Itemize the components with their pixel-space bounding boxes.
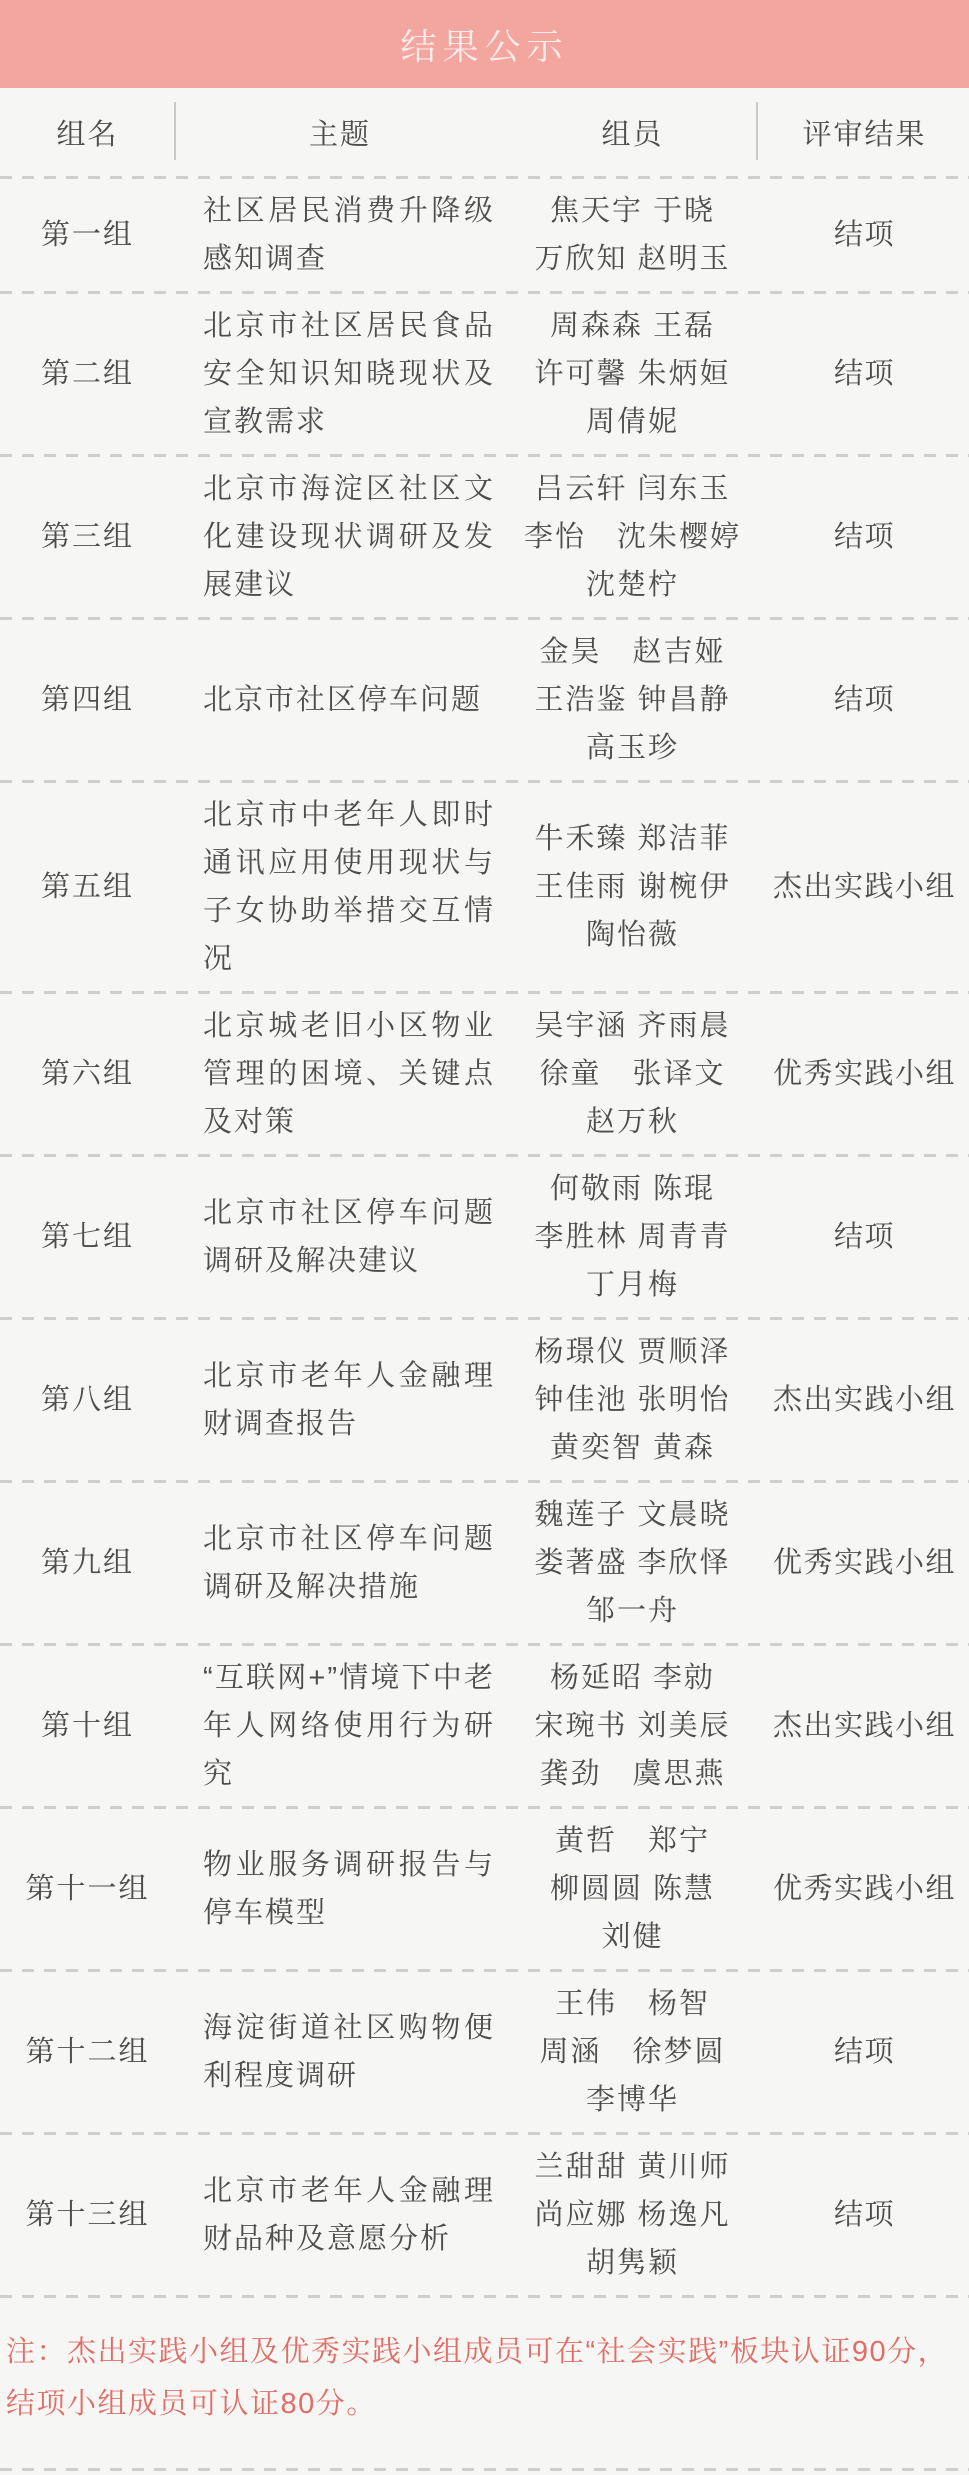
members-cell: 黄哲 郑宁 柳圆圆 陈慧 刘健 (505, 1817, 760, 1961)
results-table: 组名 主题 组员 评审结果 第一组社区居民消费升降级感知调查焦天宇 于晓 万欣知… (0, 88, 969, 2298)
result-cell: 结项 (760, 2191, 969, 2239)
topic-cell: 北京市老年人金融理财品种及意愿分析 (175, 2167, 505, 2263)
column-header-members: 组员 (505, 112, 760, 153)
table-body: 第一组社区居民消费升降级感知调查焦天宇 于晓 万欣知 赵明玉结项第二组北京市社区… (0, 176, 969, 2298)
result-cell: 优秀实践小组 (760, 1050, 969, 1098)
topic-cell: 北京市海淀区社区文化建设现状调研及发展建议 (175, 465, 505, 609)
topic-cell: “互联网+”情境下中老年人网络使用行为研究 (175, 1654, 505, 1798)
table-header-row: 组名 主题 组员 评审结果 (0, 88, 969, 176)
table-row: 第六组北京城老旧小区物业管理的困境、关键点及对策吴宇涵 齐雨晨 徐童 张译文 赵… (0, 994, 969, 1154)
table-row: 第五组北京市中老年人即时通讯应用使用现状与子女协助举措交互情况牛禾臻 郑洁菲 王… (0, 783, 969, 991)
members-cell: 杨璟仪 贾顺泽 钟佳池 张明怡 黄奕智 黄森 (505, 1328, 760, 1472)
group-name-cell: 第十三组 (0, 2191, 175, 2239)
result-cell: 优秀实践小组 (760, 1865, 969, 1913)
group-name-cell: 第十二组 (0, 2028, 175, 2076)
column-header-group-name: 组名 (0, 112, 175, 153)
column-divider (174, 102, 176, 160)
result-cell: 结项 (760, 1213, 969, 1261)
result-cell: 结项 (760, 350, 969, 398)
topic-cell: 北京市社区停车问题 (175, 676, 505, 724)
table-row: 第四组北京市社区停车问题金昊 赵吉娅 王浩鉴 钟昌静 高玉珍结项 (0, 620, 969, 780)
members-cell: 焦天宇 于晓 万欣知 赵明玉 (505, 187, 760, 283)
topic-cell: 海淀街道社区购物便利程度调研 (175, 2004, 505, 2100)
group-name-cell: 第十组 (0, 1702, 175, 1750)
column-header-result: 评审结果 (760, 112, 969, 153)
result-cell: 杰出实践小组 (760, 1376, 969, 1424)
topic-cell: 北京市社区居民食品安全知识知晓现状及宣教需求 (175, 302, 505, 446)
page-title: 结果公示 (400, 19, 568, 70)
group-name-cell: 第三组 (0, 513, 175, 561)
note-text: 注：杰出实践小组及优秀实践小组成员可在“社会实践”板块认证90分，结项小组成员可… (6, 2326, 963, 2430)
column-header-topic: 主题 (175, 112, 505, 153)
topic-cell: 北京市老年人金融理财调查报告 (175, 1352, 505, 1448)
topic-cell: 北京市社区停车问题调研及解决建议 (175, 1189, 505, 1285)
result-cell: 结项 (760, 676, 969, 724)
members-cell: 王伟 杨智 周涵 徐梦圆 李博华 (505, 1980, 760, 2124)
members-cell: 金昊 赵吉娅 王浩鉴 钟昌静 高玉珍 (505, 628, 760, 772)
banner: 结果公示 (0, 0, 969, 88)
members-cell: 杨延昭 李勍 宋琬书 刘美辰 龚劲 虞思燕 (505, 1654, 760, 1798)
table-row: 第七组北京市社区停车问题调研及解决建议何敬雨 陈琨 李胜林 周青青 丁月梅结项 (0, 1157, 969, 1317)
result-cell: 杰出实践小组 (760, 863, 969, 911)
result-cell: 优秀实践小组 (760, 1539, 969, 1587)
members-cell: 何敬雨 陈琨 李胜林 周青青 丁月梅 (505, 1165, 760, 1309)
members-cell: 兰甜甜 黄川师 尚应娜 杨逸凡 胡隽颖 (505, 2143, 760, 2287)
table-row: 第二组北京市社区居民食品安全知识知晓现状及宣教需求周森森 王磊 许可馨 朱炳姮 … (0, 294, 969, 454)
results-announcement-page: 结果公示 组名 主题 组员 评审结果 第一组社区居民消费升降级感知调查焦天宇 于… (0, 0, 969, 2475)
group-name-cell: 第四组 (0, 676, 175, 724)
group-name-cell: 第六组 (0, 1050, 175, 1098)
result-cell: 结项 (760, 211, 969, 259)
group-name-cell: 第二组 (0, 350, 175, 398)
members-cell: 牛禾臻 郑洁菲 王佳雨 谢椀伊 陶怡薇 (505, 815, 760, 959)
topic-cell: 北京市中老年人即时通讯应用使用现状与子女协助举措交互情况 (175, 791, 505, 983)
footer-note: 注：杰出实践小组及优秀实践小组成员可在“社会实践”板块认证90分，结项小组成员可… (0, 2298, 969, 2468)
topic-cell: 北京城老旧小区物业管理的困境、关键点及对策 (175, 1002, 505, 1146)
topic-cell: 物业服务调研报告与停车模型 (175, 1841, 505, 1937)
group-name-cell: 第五组 (0, 863, 175, 911)
table-row: 第一组社区居民消费升降级感知调查焦天宇 于晓 万欣知 赵明玉结项 (0, 179, 969, 291)
table-row: 第三组北京市海淀区社区文化建设现状调研及发展建议吕云轩 闫东玉 李怡 沈朱樱婷 … (0, 457, 969, 617)
topic-cell: 社区居民消费升降级感知调查 (175, 187, 505, 283)
group-name-cell: 第一组 (0, 211, 175, 259)
group-name-cell: 第十一组 (0, 1865, 175, 1913)
group-name-cell: 第八组 (0, 1376, 175, 1424)
column-divider (756, 102, 758, 160)
topic-cell: 北京市社区停车问题调研及解决措施 (175, 1515, 505, 1611)
result-cell: 结项 (760, 513, 969, 561)
members-cell: 吕云轩 闫东玉 李怡 沈朱樱婷 沈楚柠 (505, 465, 760, 609)
bottom-gap (0, 2471, 969, 2475)
table-row: 第八组北京市老年人金融理财调查报告杨璟仪 贾顺泽 钟佳池 张明怡 黄奕智 黄森杰… (0, 1320, 969, 1480)
table-row: 第十一组物业服务调研报告与停车模型黄哲 郑宁 柳圆圆 陈慧 刘健优秀实践小组 (0, 1809, 969, 1969)
members-cell: 吴宇涵 齐雨晨 徐童 张译文 赵万秋 (505, 1002, 760, 1146)
table-row: 第十组“互联网+”情境下中老年人网络使用行为研究杨延昭 李勍 宋琬书 刘美辰 龚… (0, 1646, 969, 1806)
result-cell: 杰出实践小组 (760, 1702, 969, 1750)
result-cell: 结项 (760, 2028, 969, 2076)
table-row: 第十三组北京市老年人金融理财品种及意愿分析兰甜甜 黄川师 尚应娜 杨逸凡 胡隽颖… (0, 2135, 969, 2295)
members-cell: 魏莲子 文晨晓 娄著盛 李欣怿 邹一舟 (505, 1491, 760, 1635)
group-name-cell: 第七组 (0, 1213, 175, 1261)
table-row: 第九组北京市社区停车问题调研及解决措施魏莲子 文晨晓 娄著盛 李欣怿 邹一舟优秀… (0, 1483, 969, 1643)
table-row: 第十二组海淀街道社区购物便利程度调研王伟 杨智 周涵 徐梦圆 李博华结项 (0, 1972, 969, 2132)
group-name-cell: 第九组 (0, 1539, 175, 1587)
members-cell: 周森森 王磊 许可馨 朱炳姮 周倩妮 (505, 302, 760, 446)
